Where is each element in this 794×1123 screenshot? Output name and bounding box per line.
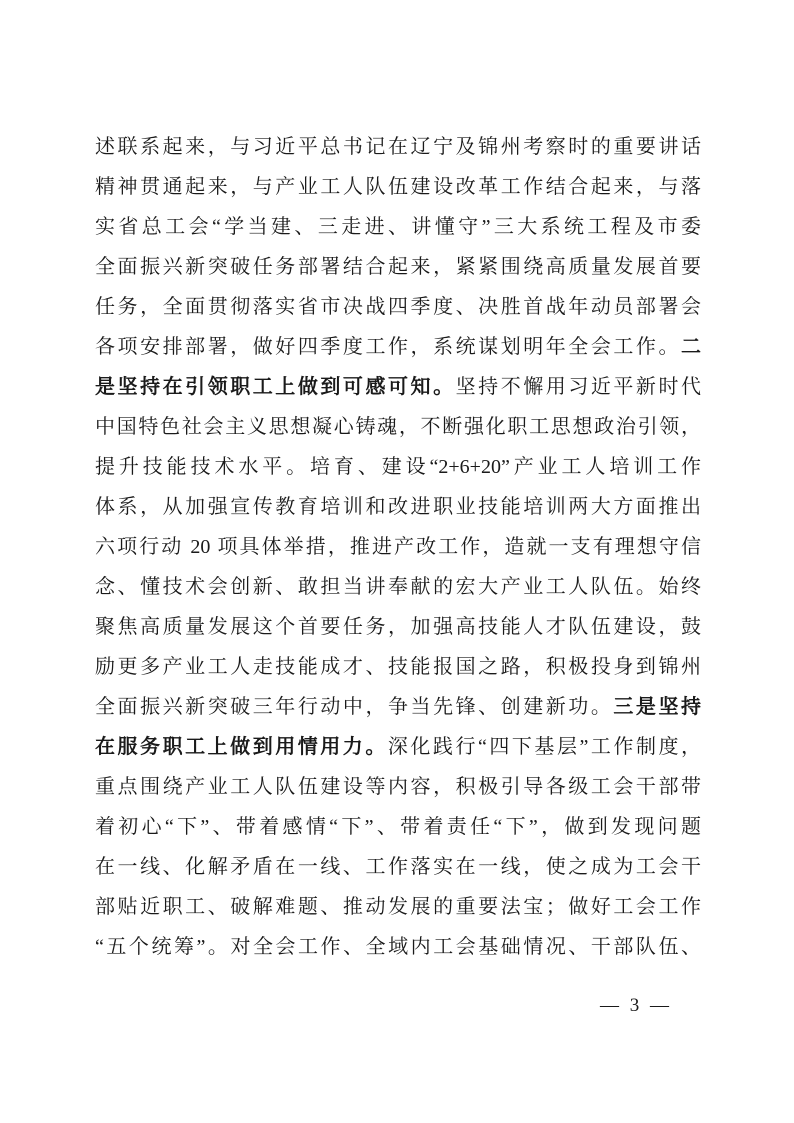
text-line: 述联系起来，与习近平总书记在辽宁及锦州考察时的重要讲话: [95, 127, 701, 167]
bold-text-segment: 三是坚持: [613, 696, 701, 718]
text-line: 全面振兴新突破任务部署结合起来，紧紧围绕高质量发展首要: [95, 247, 701, 287]
text-segment: 全面振兴新突破三年行动中，争当先锋、创建新功。: [95, 696, 613, 718]
text-segment: 聚焦高质量发展这个首要任务，加强高技能人才队伍建设，鼓: [95, 616, 701, 638]
text-line: 重点围绕产业工人队伍建设等内容，积极引导各级工会干部带: [95, 767, 701, 807]
text-segment: 体系，从加强宣传教育培训和改进职业技能培训两大方面推出: [95, 496, 701, 518]
text-line: 各项安排部署，做好四季度工作，系统谋划明年全会工作。二: [95, 327, 701, 367]
text-line: “五个统筹”。对全会工作、全域内工会基础情况、干部队伍、: [95, 927, 701, 967]
text-line: 念、懂技术会创新、敢担当讲奉献的宏大产业工人队伍。始终: [95, 567, 701, 607]
text-line: 着初心“下”、带着感情“下”、带着责任“下”，做到发现问题: [95, 807, 701, 847]
text-line: 体系，从加强宣传教育培训和改进职业技能培训两大方面推出: [95, 487, 701, 527]
text-line: 在服务职工上做到用情用力。深化践行“四下基层”工作制度，: [95, 727, 701, 767]
text-segment: 实省总工会“学当建、三走进、讲懂守”三大系统工程及市委: [95, 216, 701, 238]
text-segment: 六项行动 20 项具体举措，推进产改工作，造就一支有理想守信: [95, 536, 701, 558]
text-line: 任务，全面贯彻落实省市决战四季度、决胜首战年动员部署会: [95, 287, 701, 327]
text-line: 部贴近职工、破解难题、推动发展的重要法宝；做好工会工作: [95, 887, 701, 927]
page-number: — 3 —: [600, 996, 672, 1016]
text-segment: 中国特色社会主义思想凝心铸魂，不断强化职工思想政治引领，: [95, 416, 701, 438]
text-segment: 念、懂技术会创新、敢担当讲奉献的宏大产业工人队伍。始终: [95, 576, 701, 598]
text-segment: 坚持不懈用习近平新时代: [456, 376, 701, 398]
text-segment: 部贴近职工、破解难题、推动发展的重要法宝；做好工会工作: [95, 896, 701, 918]
text-segment: 各项安排部署，做好四季度工作，系统谋划明年全会工作。: [95, 336, 681, 358]
text-segment: 重点围绕产业工人队伍建设等内容，积极引导各级工会干部带: [95, 776, 701, 798]
text-segment: 深化践行“四下基层”工作制度，: [388, 736, 701, 758]
text-segment: 任务，全面贯彻落实省市决战四季度、决胜首战年动员部署会: [95, 296, 701, 318]
text-line: 中国特色社会主义思想凝心铸魂，不断强化职工思想政治引领，: [95, 407, 701, 447]
text-line: 提升技能技术水平。培育、建设“2+6+20”产业工人培训工作: [95, 447, 701, 487]
text-segment: 在一线、化解矛盾在一线、工作落实在一线，使之成为工会干: [95, 856, 701, 878]
document-page: 述联系起来，与习近平总书记在辽宁及锦州考察时的重要讲话精神贯通起来，与产业工人队…: [0, 0, 794, 1123]
text-line: 精神贯通起来，与产业工人队伍建设改革工作结合起来，与落: [95, 167, 701, 207]
text-line: 聚焦高质量发展这个首要任务，加强高技能人才队伍建设，鼓: [95, 607, 701, 647]
text-line: 励更多产业工人走技能成才、技能报国之路，积极投身到锦州: [95, 647, 701, 687]
text-segment: 励更多产业工人走技能成才、技能报国之路，积极投身到锦州: [95, 656, 701, 678]
text-line: 在一线、化解矛盾在一线、工作落实在一线，使之成为工会干: [95, 847, 701, 887]
bold-text-segment: 在服务职工上做到用情用力。: [95, 736, 388, 758]
text-line: 全面振兴新突破三年行动中，争当先锋、创建新功。三是坚持: [95, 687, 701, 727]
text-line: 是坚持在引领职工上做到可感可知。坚持不懈用习近平新时代: [95, 367, 701, 407]
text-line: 实省总工会“学当建、三走进、讲懂守”三大系统工程及市委: [95, 207, 701, 247]
text-line: 六项行动 20 项具体举措，推进产改工作，造就一支有理想守信: [95, 527, 701, 567]
bold-text-segment: 是坚持在引领职工上做到可感可知。: [95, 376, 456, 398]
text-segment: 述联系起来，与习近平总书记在辽宁及锦州考察时的重要讲话: [95, 136, 701, 158]
document-body: 述联系起来，与习近平总书记在辽宁及锦州考察时的重要讲话精神贯通起来，与产业工人队…: [95, 127, 701, 967]
text-segment: 精神贯通起来，与产业工人队伍建设改革工作结合起来，与落: [95, 176, 701, 198]
text-segment: 提升技能技术水平。培育、建设“2+6+20”产业工人培训工作: [95, 456, 701, 478]
bold-text-segment: 二: [681, 336, 701, 358]
text-segment: “五个统筹”。对全会工作、全域内工会基础情况、干部队伍、: [95, 936, 701, 958]
text-segment: 全面振兴新突破任务部署结合起来，紧紧围绕高质量发展首要: [95, 256, 701, 278]
text-segment: 着初心“下”、带着感情“下”、带着责任“下”，做到发现问题: [95, 816, 701, 838]
